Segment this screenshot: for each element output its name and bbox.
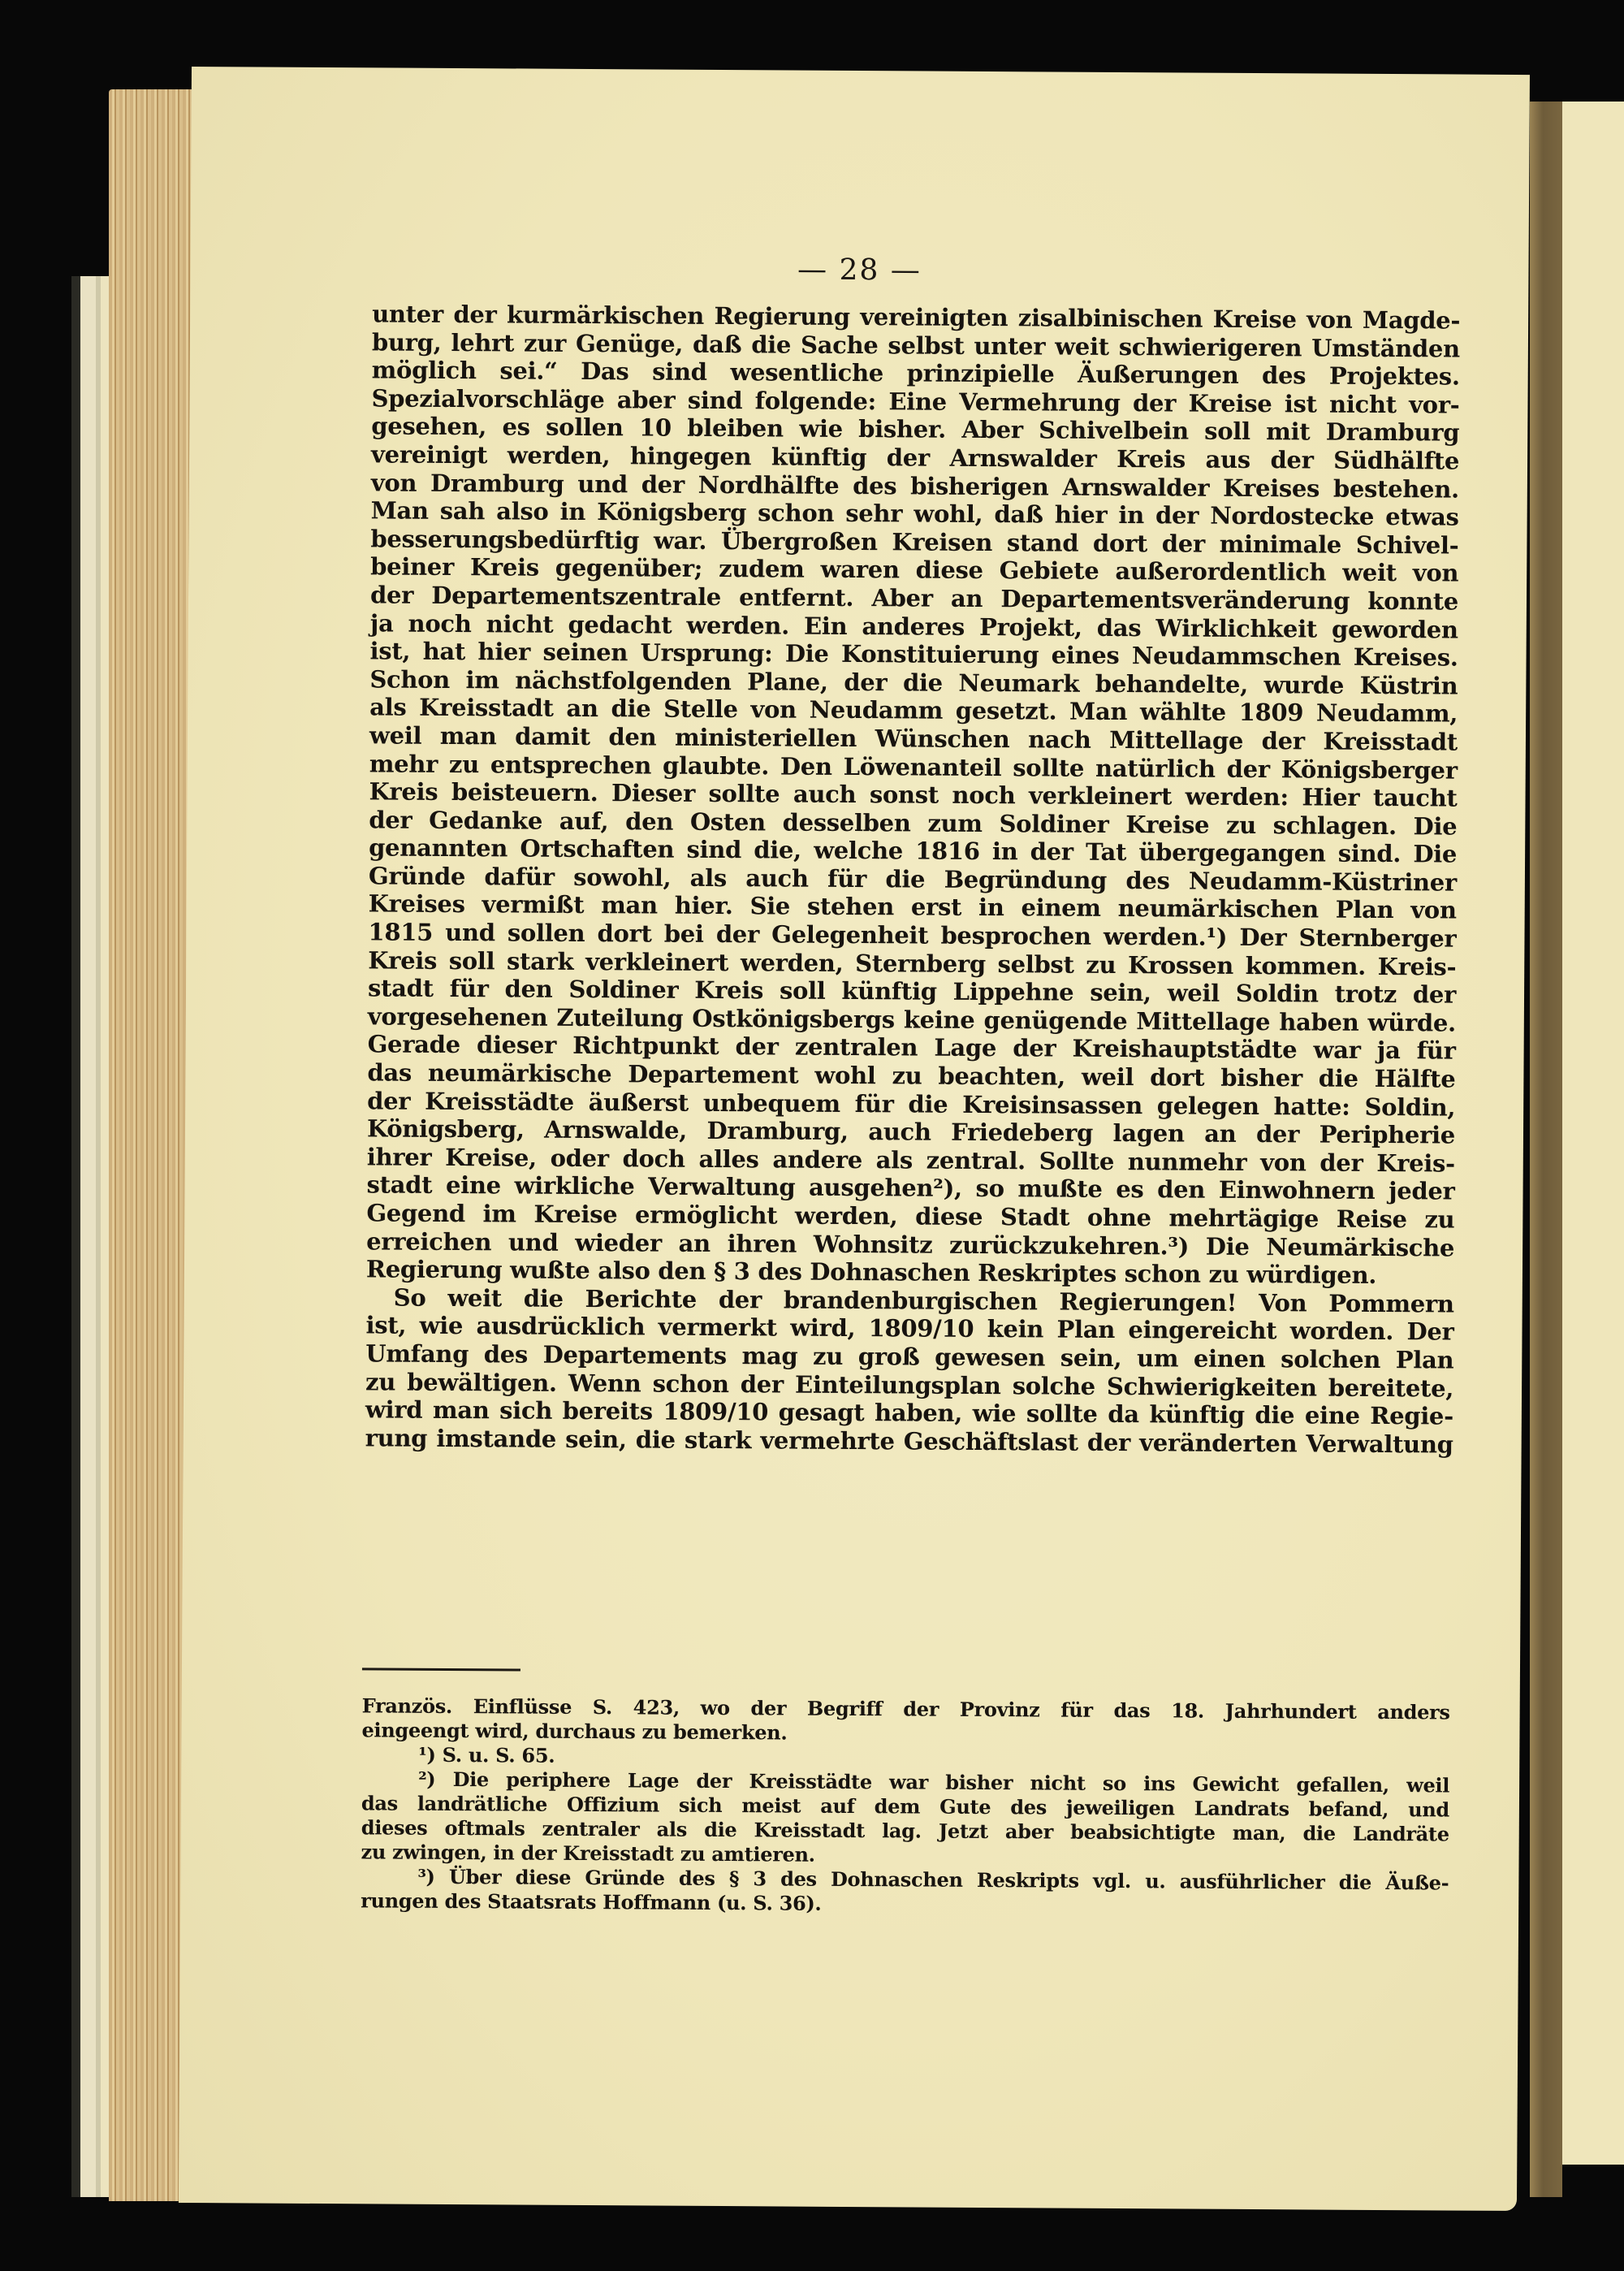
footnotes: Französ. Einflüsse S. 423, wo der Begrif…: [361, 1694, 1450, 1919]
facing-page-edge: [1562, 102, 1624, 2165]
body-line: rung imstande sein, die stark vermehrte …: [365, 1424, 1453, 1459]
book-gutter: [1530, 102, 1562, 2197]
body-text: unter der kurmärkischen Regierung verein…: [365, 300, 1461, 1459]
back-pages-stack: [71, 276, 112, 2197]
book-page: — 28 — unter der kurmärkischen Regierung…: [179, 67, 1530, 2211]
footnote-separator: [362, 1668, 520, 1671]
page-number: — 28 —: [190, 249, 1528, 291]
